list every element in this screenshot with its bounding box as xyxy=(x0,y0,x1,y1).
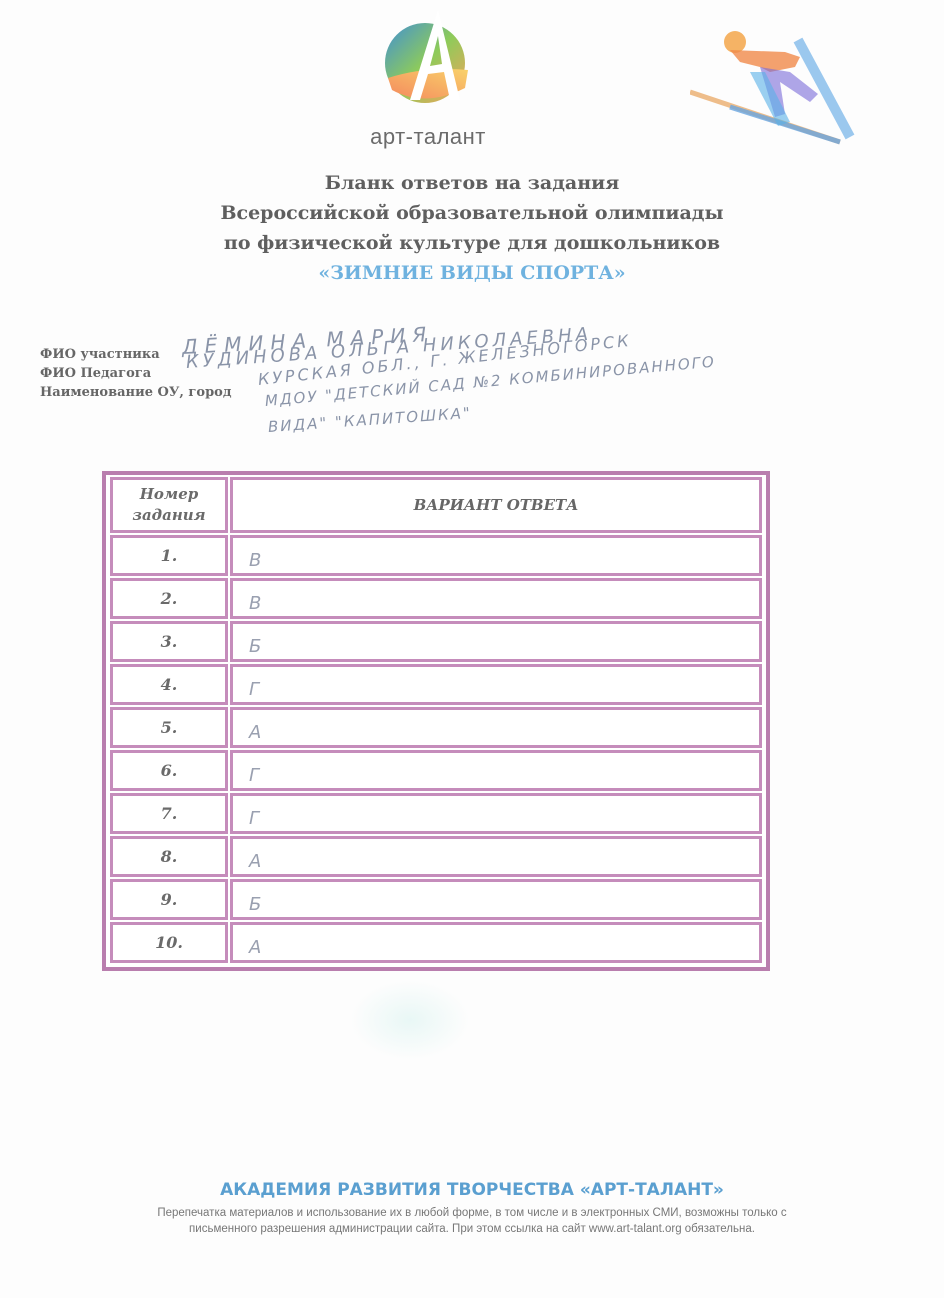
answer-cell[interactable]: В xyxy=(230,535,762,576)
footer-academy-title: АКАДЕМИЯ РАЗВИТИЯ ТВОРЧЕСТВА «АРТ-ТАЛАНТ… xyxy=(0,1180,944,1200)
olympiad-subtitle: «ЗИМНИЕ ВИДЫ СПОРТА» xyxy=(100,258,844,288)
answer-value: В xyxy=(249,550,261,571)
table-header-row: Номер задания ВАРИАНТ ОТВЕТА xyxy=(110,477,762,533)
title-line: по физической культуре для дошкольников xyxy=(100,228,844,258)
faint-stamp-mark xyxy=(350,980,470,1060)
answer-cell[interactable]: А xyxy=(230,922,762,963)
ski-jumper-illustration xyxy=(690,22,865,147)
table-row: 10. А xyxy=(110,922,762,963)
table-row: 8. А xyxy=(110,836,762,877)
header-number-cell: Номер задания xyxy=(110,477,228,533)
table-row: 3. Б xyxy=(110,621,762,662)
answer-value: Б xyxy=(249,636,261,657)
task-number: 9. xyxy=(110,879,228,920)
answer-cell[interactable]: Г xyxy=(230,793,762,834)
table-row: 7. Г xyxy=(110,793,762,834)
logo-text: арт-талант xyxy=(338,124,518,150)
header-number-line2: задания xyxy=(132,505,205,526)
answer-value: А xyxy=(249,937,261,958)
task-number: 10. xyxy=(110,922,228,963)
institution-line3-handwritten: ВИДА" "КАПИТОШКА" xyxy=(267,404,472,436)
document-title: Бланк ответов на задания Всероссийской о… xyxy=(100,168,844,288)
table-row: 4. Г xyxy=(110,664,762,705)
answer-value: Б xyxy=(249,894,261,915)
table-row: 5. А xyxy=(110,707,762,748)
table-row: 6. Г xyxy=(110,750,762,791)
footer-note-line1: Перепечатка материалов и использование и… xyxy=(60,1205,884,1221)
answer-cell[interactable]: А xyxy=(230,707,762,748)
title-line: Всероссийской образовательной олимпиады xyxy=(100,198,844,228)
task-number: 6. xyxy=(110,750,228,791)
task-number: 8. xyxy=(110,836,228,877)
institution-label: Наименование ОУ, город xyxy=(40,383,232,402)
header-number-line1: Номер xyxy=(140,484,198,505)
table-row: 1. В xyxy=(110,535,762,576)
table-row: 9. Б xyxy=(110,879,762,920)
task-number: 1. xyxy=(110,535,228,576)
task-number: 4. xyxy=(110,664,228,705)
answer-cell[interactable]: Б xyxy=(230,879,762,920)
answer-value: Г xyxy=(249,765,259,786)
header-answer-cell: ВАРИАНТ ОТВЕТА xyxy=(230,477,762,533)
answer-value: А xyxy=(249,851,261,872)
art-talant-logo-icon xyxy=(380,8,470,108)
footer-copyright-note: Перепечатка материалов и использование и… xyxy=(60,1205,884,1237)
answer-cell[interactable]: В xyxy=(230,578,762,619)
answer-cell[interactable]: Г xyxy=(230,664,762,705)
table-row: 2. В xyxy=(110,578,762,619)
task-number: 2. xyxy=(110,578,228,619)
answer-cell[interactable]: Б xyxy=(230,621,762,662)
task-number: 3. xyxy=(110,621,228,662)
answer-value: А xyxy=(249,722,261,743)
answer-cell[interactable]: А xyxy=(230,836,762,877)
answer-value: Г xyxy=(249,679,259,700)
answer-cell[interactable]: Г xyxy=(230,750,762,791)
task-number: 7. xyxy=(110,793,228,834)
answer-value: В xyxy=(249,593,261,614)
answer-value: Г xyxy=(249,808,259,829)
title-line: Бланк ответов на задания xyxy=(100,168,844,198)
answer-table: Номер задания ВАРИАНТ ОТВЕТА 1. В 2. В 3… xyxy=(102,471,770,971)
task-number: 5. xyxy=(110,707,228,748)
footer-note-line2: письменного разрешения администрации сай… xyxy=(60,1221,884,1237)
